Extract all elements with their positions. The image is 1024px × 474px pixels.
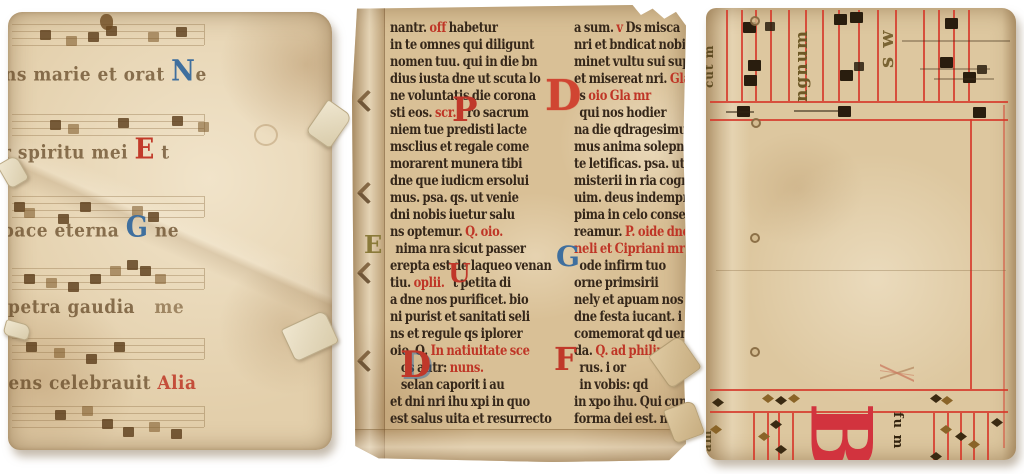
initial-B-glyph: B: [802, 402, 878, 460]
diamond-neume: [955, 432, 967, 441]
manuscript-cover-right: ngnums wcut mfu mamB: [706, 8, 1016, 460]
neume-square: [80, 202, 91, 212]
music-staff-line: [12, 45, 204, 46]
rotated-manuscript-text: am: [706, 412, 716, 452]
body-text: dne festa iucant. i: [574, 308, 682, 325]
sewing-hole: [750, 16, 760, 26]
body-text: misterii in ria cogno: [574, 172, 685, 189]
neume-square: [123, 427, 134, 437]
neume-square: [854, 62, 864, 71]
music-staff-line: [12, 413, 204, 414]
custos-ornament: [100, 14, 113, 30]
gothic-text-line: est salus uita et resurrecto: [390, 410, 568, 427]
neume-square: [102, 419, 113, 429]
body-text: nantr.: [390, 19, 429, 36]
red-staff-line: [938, 10, 940, 101]
rubric-text: oio Gla mr: [588, 87, 651, 104]
body-text: dne que iudicm ersolui: [390, 172, 529, 189]
illuminated-initial-D: D: [545, 75, 581, 117]
neume-square: [973, 107, 986, 118]
neume-square: [748, 60, 761, 71]
illuminated-initial: E: [135, 133, 155, 167]
neume-square: [840, 70, 853, 81]
ledger-dash: [902, 40, 1010, 42]
body-text: habetur: [449, 19, 498, 36]
red-rule-line: [710, 389, 1008, 391]
neume-square: [26, 342, 37, 352]
red-staff-line: [947, 413, 949, 460]
neume-square: [834, 14, 847, 25]
rubric-text: nuns.: [450, 359, 484, 376]
diamond-neume: [991, 418, 1003, 427]
chant-text-line: tens celebrauit Alia: [8, 370, 197, 397]
manuscript-cover-left: ns marie et orat Ner spiritu mei E tpace…: [8, 12, 332, 450]
body-text: est salus uita et resurrecto: [390, 410, 552, 427]
body-text: sti eos.: [390, 104, 435, 121]
body-text: te letificas. psa. ut te: [574, 155, 685, 172]
chant-text-line: r spiritu mei E t: [8, 136, 170, 166]
illuminated-initial-U: U: [448, 261, 471, 287]
neume-square: [127, 260, 138, 270]
rotated-manuscript-text: s w: [874, 16, 898, 68]
chant-text: t: [155, 142, 170, 164]
red-staff-line: [753, 413, 755, 460]
neume-square: [744, 75, 757, 86]
body-text: nri et bndicat nobis. il: [574, 36, 685, 53]
neume-square: [198, 122, 209, 132]
diamond-neume: [930, 394, 942, 403]
chant-text: e: [195, 64, 206, 86]
rubric-text: Gla pri: [670, 70, 685, 87]
neume-square: [765, 22, 775, 31]
illuminated-initial-G: G: [556, 243, 580, 271]
rubric-text: off: [429, 19, 448, 36]
red-staff-line: [987, 413, 989, 460]
red-staff-line: [726, 10, 728, 101]
chant-text-line: petra gaudia me: [8, 294, 184, 321]
neume-square: [110, 266, 121, 276]
music-staff-line: [12, 210, 204, 211]
chant-text: ne: [148, 220, 179, 242]
neume-square: [140, 266, 151, 276]
red-staff-line: [858, 10, 860, 101]
illuminated-initial: N: [171, 55, 195, 89]
rubric-text: oplii.: [414, 274, 448, 291]
ink-scribble: [880, 363, 914, 383]
body-text: nima nra sicut passer: [390, 240, 526, 257]
chant-text-line: pace eterna G ne: [8, 214, 179, 244]
body-text: ni purist et sanitati seli: [390, 308, 530, 325]
body-text: a sum.: [574, 19, 616, 36]
body-text: nomen tuu. qui in die bn: [390, 53, 537, 70]
body-text: ns optemur.: [390, 223, 465, 240]
body-text: pima in celo consequ: [574, 206, 685, 223]
neume-square: [68, 124, 79, 134]
neume-square: [940, 57, 953, 68]
photograph-three-vellum-manuscript-covers: ns marie et orat Ner spiritu mei E tpace…: [0, 0, 1024, 474]
music-staff-line: [12, 128, 204, 129]
body-text: Ds misca: [625, 19, 680, 36]
diamond-neume: [941, 396, 953, 405]
red-staff-line: [968, 10, 970, 101]
neume-square: [55, 410, 66, 420]
neume-square: [850, 12, 863, 23]
body-text: comemorat qd uener: [574, 325, 685, 342]
neume-square: [68, 282, 79, 292]
music-staff-line: [12, 196, 204, 197]
body-text: orne primsirii: [574, 274, 659, 291]
rubric-text: In natiuitate sce: [431, 342, 530, 359]
body-text: in te omnes qui diligunt: [390, 36, 534, 53]
neume-square: [176, 27, 187, 37]
red-staff-line: [788, 10, 790, 101]
rotated-manuscript-text: ngnum: [792, 10, 813, 102]
body-text: reamur.: [574, 223, 625, 240]
ledger-dash: [934, 78, 994, 80]
rotated-manuscript-text: cut m: [706, 16, 718, 88]
neume-square: [114, 342, 125, 352]
illuminated-initial-F: F: [554, 343, 577, 375]
illuminated-initial: G: [126, 211, 149, 245]
chant-text: r spiritu mei: [8, 142, 135, 164]
body-text: in vobis: qd: [574, 376, 648, 393]
chant-text: petra gaudia: [8, 296, 135, 318]
red-margin-line: [970, 119, 972, 389]
body-text: rus. i or: [574, 359, 626, 376]
neume-square: [149, 422, 160, 432]
music-staff-line: [12, 203, 204, 204]
staff-end-barline: [204, 338, 205, 359]
neume-square: [50, 120, 61, 130]
red-rule-line: [710, 101, 1008, 103]
body-text: in xpo ihu. Qui cum: [574, 393, 685, 410]
neume-square: [40, 30, 51, 40]
body-text: tiu.: [390, 274, 414, 291]
neume-square: [945, 18, 958, 29]
red-staff-line: [923, 10, 925, 101]
sewing-hole: [751, 118, 761, 128]
diamond-neume: [775, 396, 787, 405]
neume-square: [86, 354, 97, 364]
body-text: na die qdragesimus si: [574, 121, 685, 138]
staff-end-barline: [204, 268, 205, 289]
neume-square: [90, 274, 101, 284]
neume-square: [172, 116, 183, 126]
neume-square: [46, 278, 57, 288]
red-staff-line: [822, 10, 824, 101]
fold-crease: [716, 270, 1006, 271]
music-staff-line: [12, 345, 204, 346]
music-staff-line: [12, 289, 204, 290]
red-staff-line: [933, 413, 935, 460]
stain-ring: [254, 124, 278, 146]
sewing-hole: [750, 233, 760, 243]
rubric-text: Q. oio.: [465, 223, 503, 240]
neume-square: [977, 65, 987, 74]
manuscript-cover-middle: nantr. off habeturin te omnes qui diligu…: [352, 5, 686, 462]
neume-square: [838, 106, 851, 117]
staff-end-barline: [204, 406, 205, 427]
body-text: mus. psa. qs. ut venie: [390, 189, 519, 206]
ledger-dash: [726, 111, 754, 113]
music-staff-line: [12, 275, 204, 276]
staff-end-barline: [204, 24, 205, 45]
illuminated-initial-D: D: [400, 347, 431, 383]
body-text: et dni nri ihu xpi in quo: [390, 393, 530, 410]
illuminated-initial-P: P: [452, 93, 478, 127]
body-text: minet vultu sui sup nos: [574, 53, 685, 70]
diamond-neume: [775, 445, 787, 454]
neume-square: [88, 32, 99, 42]
body-text: mus anima solepni ia: [574, 138, 685, 155]
body-text: uim. deus indempnita: [574, 189, 685, 206]
neume-square: [155, 274, 166, 284]
neume-square: [82, 406, 93, 416]
bottom-turn-in: [352, 429, 686, 462]
body-text: ns et regule qs iplorer: [390, 325, 522, 342]
chant-text: tens celebrauit: [8, 372, 157, 394]
neume-square: [118, 118, 129, 128]
body-text: da.: [574, 342, 595, 359]
red-staff-line: [973, 413, 975, 460]
music-staff-line: [12, 114, 204, 115]
chant-text: me: [135, 296, 184, 318]
body-text: a dne nos purificet. bio: [390, 291, 528, 308]
body-text: qui nos hodier: [574, 104, 666, 121]
rotated-manuscript-text: fu m: [888, 412, 905, 454]
music-staff-line: [12, 268, 204, 269]
large-red-initial-B: B: [792, 400, 888, 460]
neume-square: [148, 32, 159, 42]
chant-text: Alia: [157, 372, 196, 394]
rubric-text: neli et Cipriani mrm: [574, 240, 685, 257]
body-text: dius iusta dne ut scuta lo: [390, 70, 540, 87]
diamond-neume: [930, 452, 942, 460]
chant-text-line: ns marie et orat Ne: [8, 58, 207, 88]
music-staff-line: [12, 352, 204, 353]
chant-text: ns marie et orat: [8, 64, 171, 86]
sewing-hole: [750, 347, 760, 357]
ledger-dash: [794, 110, 838, 112]
diamond-neume: [762, 394, 774, 403]
neume-square: [171, 429, 182, 439]
body-text: ode infirm tuo: [574, 257, 666, 274]
body-text: dni nobis iuetur salu: [390, 206, 515, 223]
neume-square: [24, 274, 35, 284]
chant-text: pace eterna: [8, 220, 126, 242]
staff-end-barline: [204, 196, 205, 217]
diamond-neume: [712, 398, 724, 407]
music-staff-line: [12, 338, 204, 339]
neume-square: [54, 348, 65, 358]
diamond-neume: [770, 420, 782, 429]
illuminated-initial-E: E: [364, 233, 382, 257]
diamond-neume: [968, 440, 980, 449]
body-text: nely et apuam nos: [574, 291, 683, 308]
ledger-dash: [920, 68, 990, 70]
music-staff-line: [12, 359, 204, 360]
music-staff-line: [12, 282, 204, 283]
rubric-text: P. oide dne co: [625, 223, 685, 240]
body-text: morarent munera tibi: [390, 155, 522, 172]
body-text: et misereat nri.: [574, 70, 670, 87]
red-margin-line: [1003, 105, 1005, 448]
neume-square: [66, 36, 77, 46]
music-staff-line: [12, 406, 204, 407]
body-text: msclius et regale come: [390, 138, 529, 155]
diamond-neume: [940, 425, 952, 434]
